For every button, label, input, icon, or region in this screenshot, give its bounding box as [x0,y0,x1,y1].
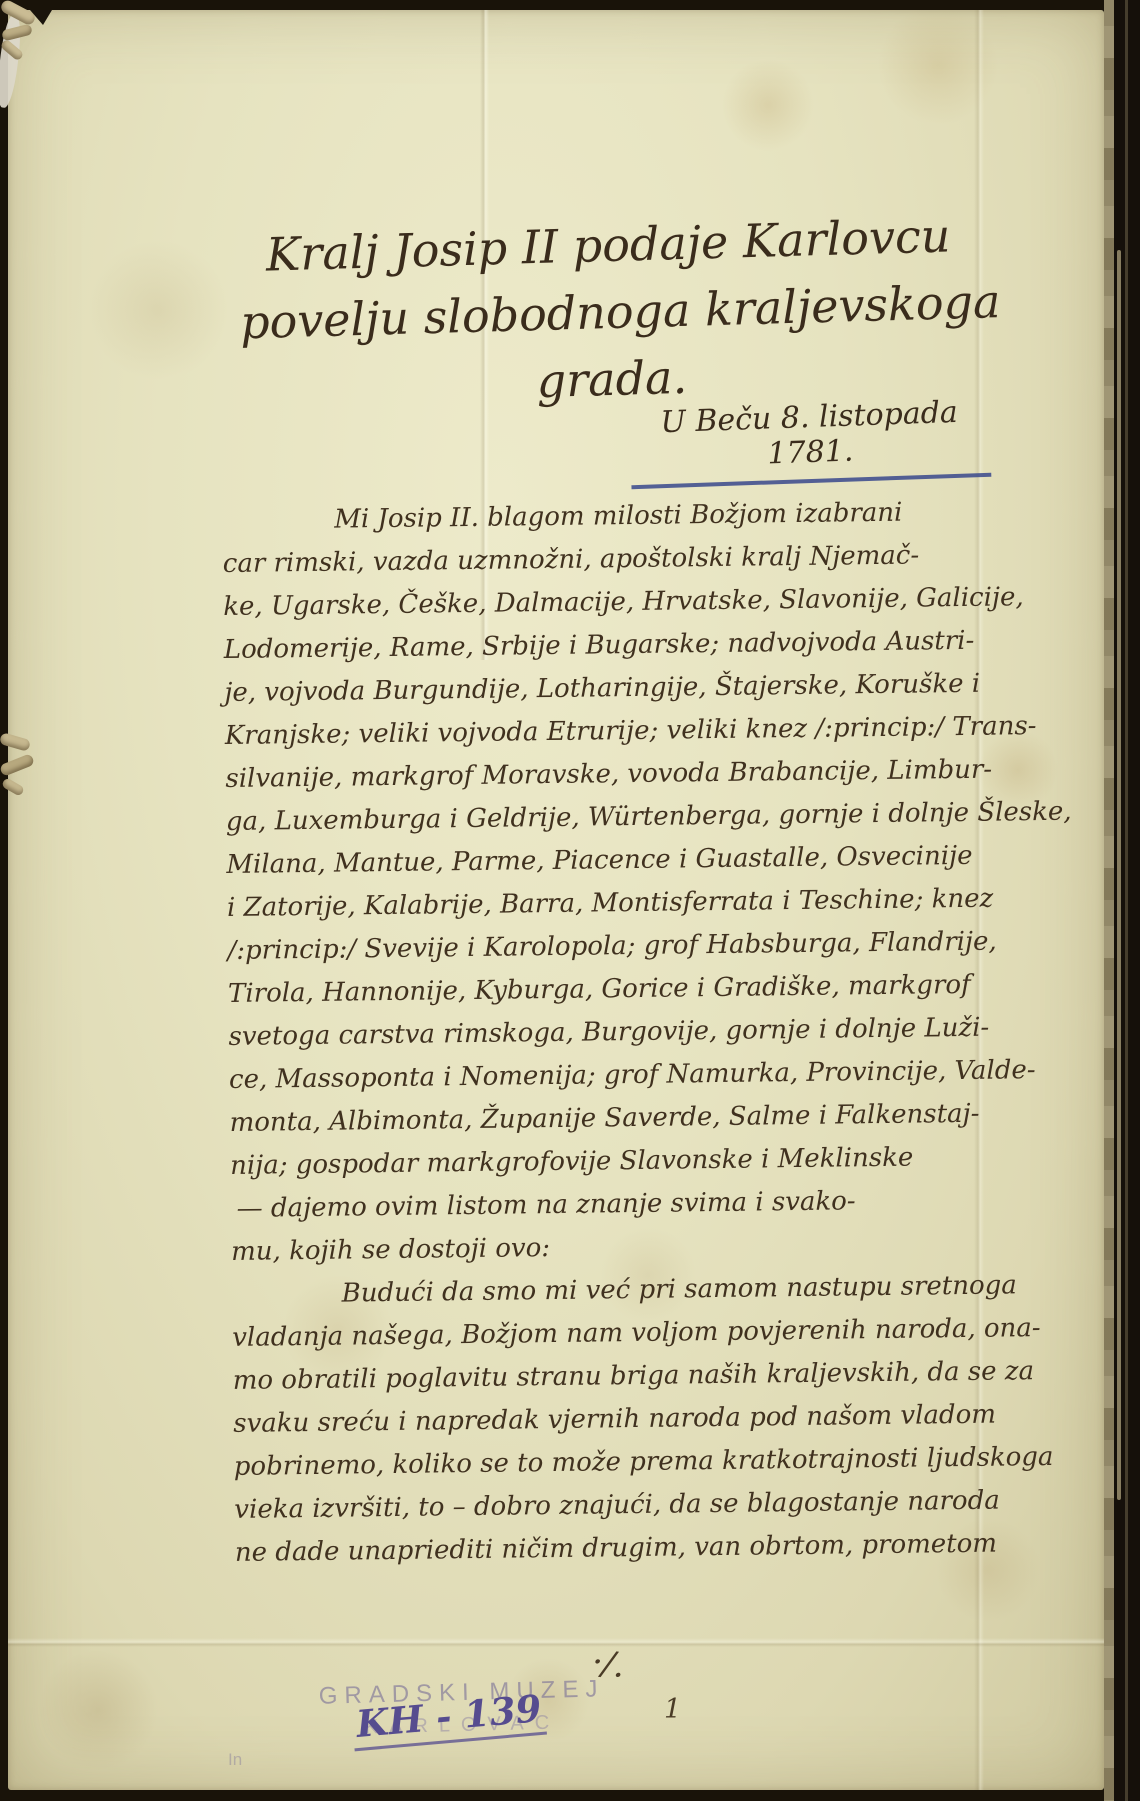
stamp-inv-prefix: In [228,1750,242,1770]
photograph-of-manuscript: Kralj Josip II podaje Karlovcu povelju s… [0,0,1140,1801]
reference-mark: ·/. [589,1642,628,1687]
document-title: Kralj Josip II podaje Karlovcu povelju s… [237,202,982,424]
page-edge-strip [1117,250,1121,1500]
body-text: Mi Josip II. blagom milosti Božjom izabr… [222,490,1015,1574]
page-number: 1 [664,1694,681,1725]
corner-tear [30,10,52,25]
dateline: U Beču 8. listopada 1781. [629,394,992,490]
page-edge-strip [1104,0,1114,1801]
page-stack-edge [1104,0,1140,1801]
dateline-text: U Beču 8. listopada 1781. [629,394,992,490]
page-edge-strip [1125,0,1128,1801]
